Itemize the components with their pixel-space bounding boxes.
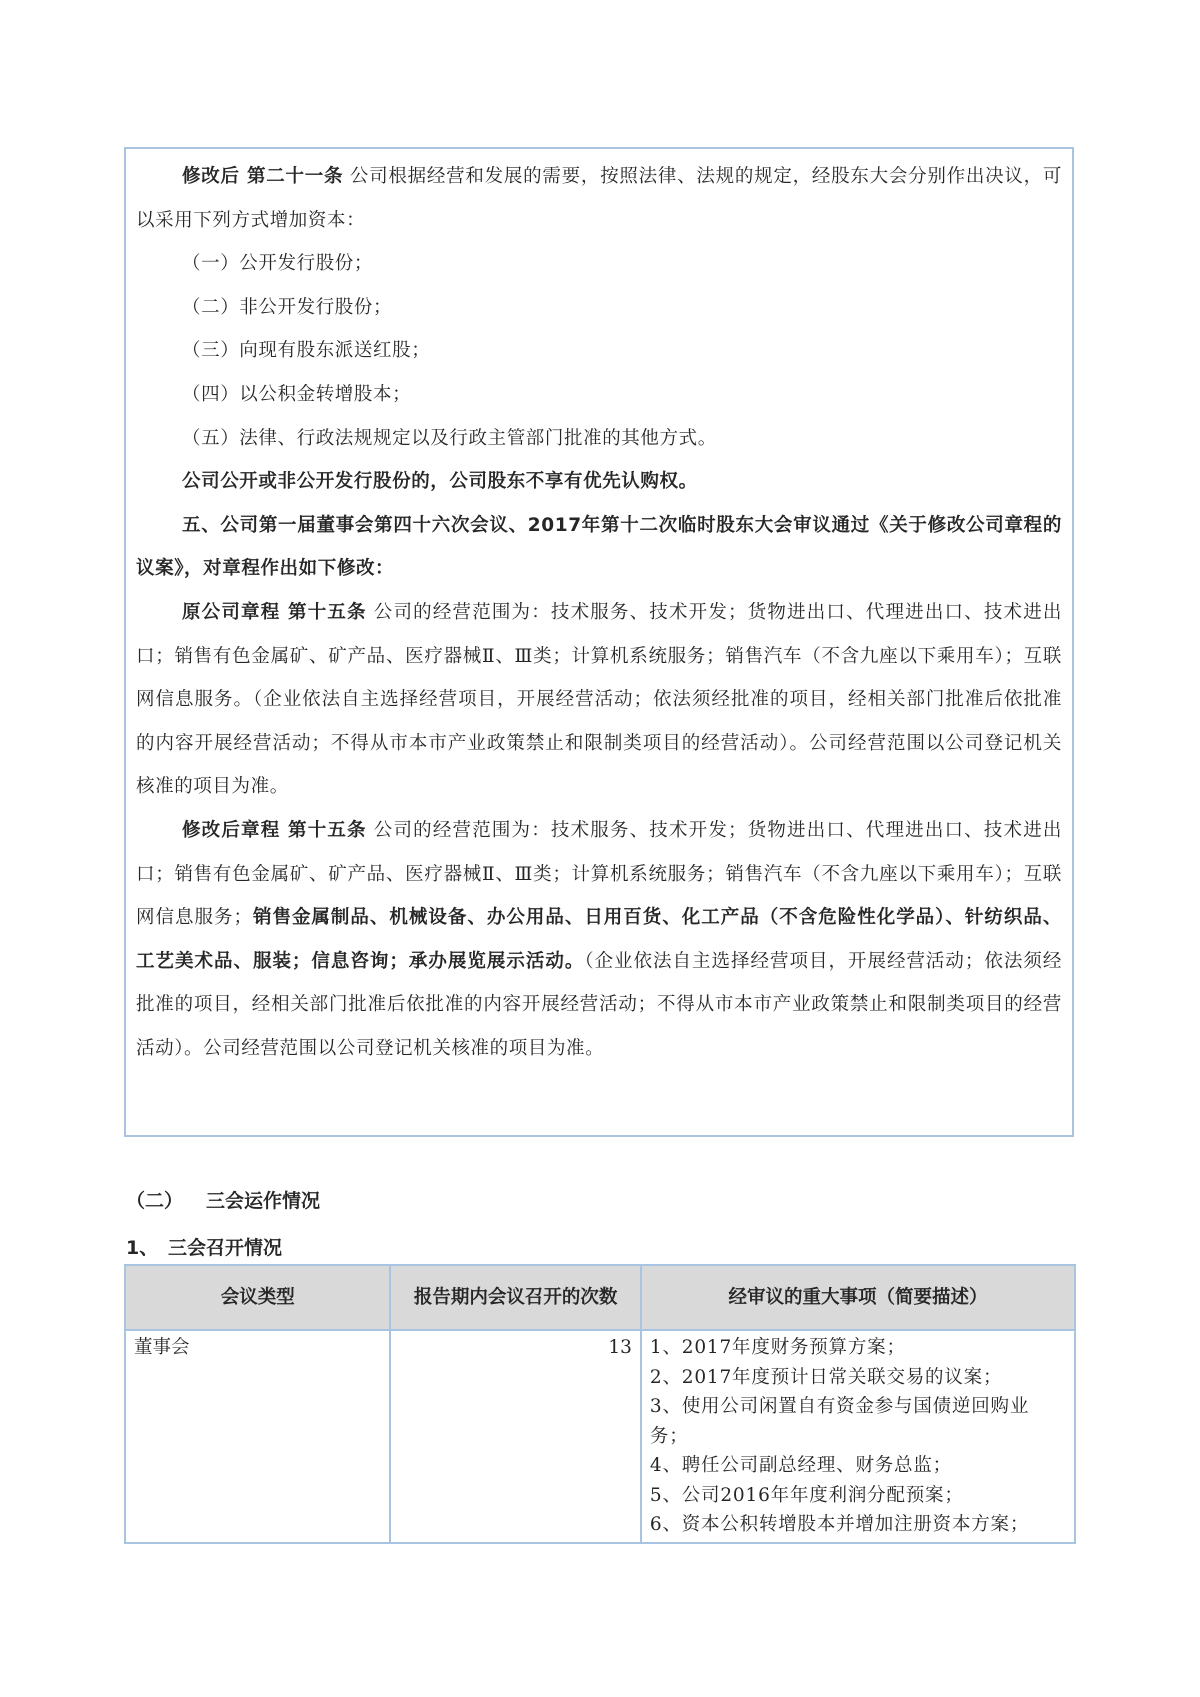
article-21-paragraph: 修改后 第二十一条 公司根据经营和发展的需要，按照法律、法规的规定，经股东大会分… (136, 155, 1062, 242)
section-title: 三会运作情况 (206, 1190, 320, 1212)
matter-item: 1、2017年度财务预算方案； (650, 1333, 1066, 1363)
matter-item: 6、资本公积转增股本并增加注册资本方案； (650, 1510, 1066, 1540)
list-item: （三）向现有股东派送红股； (136, 329, 1062, 373)
table-header-row: 会议类型 报告期内会议召开的次数 经审议的重大事项（简要描述） (125, 1265, 1075, 1330)
matter-item: 4、聘任公司副总经理、财务总监； (650, 1451, 1066, 1481)
header-meeting-type: 会议类型 (125, 1265, 390, 1330)
header-major-matters: 经审议的重大事项（简要描述） (641, 1265, 1075, 1330)
article-21-label: 修改后 第二十一条 (182, 166, 343, 187)
subsection-heading: 1、三会召开情况 (126, 1233, 282, 1260)
preemptive-rights-note: 公司公开或非公开发行股份的，公司股东不享有优先认购权。 (136, 460, 1062, 504)
subsection-title: 三会召开情况 (168, 1237, 282, 1259)
meeting-type-cell: 董事会 (125, 1330, 390, 1543)
meetings-table: 会议类型 报告期内会议召开的次数 经审议的重大事项（简要描述） 董事会 13 1… (124, 1264, 1076, 1544)
major-matters-cell: 1、2017年度财务预算方案； 2、2017年度预计日常关联交易的议案； 3、使… (641, 1330, 1075, 1543)
list-item: （二）非公开发行股份； (136, 286, 1062, 330)
list-item: （四）以公积金转增股本； (136, 373, 1062, 417)
matter-item: 3、使用公司闲置自有资金参与国债逆回购业务； (650, 1392, 1066, 1451)
matter-item: 2、2017年度预计日常关联交易的议案； (650, 1363, 1066, 1393)
original-article-15-label: 原公司章程 第十五条 (182, 602, 367, 623)
meeting-count-cell: 13 (390, 1330, 640, 1543)
original-article-15: 原公司章程 第十五条 公司的经营范围为：技术服务、技术开发；货物进出口、代理进出… (136, 591, 1062, 809)
list-item: （五）法律、行政法规规定以及行政主管部门批准的其他方式。 (136, 417, 1062, 461)
subsection-number: 1、 (126, 1233, 168, 1260)
table-row: 董事会 13 1、2017年度财务预算方案； 2、2017年度预计日常关联交易的… (125, 1330, 1075, 1543)
amended-article-15-label: 修改后章程 第十五条 (182, 820, 367, 841)
original-article-15-text: 公司的经营范围为：技术服务、技术开发；货物进出口、代理进出口、技术进出口；销售有… (136, 602, 1062, 797)
section-5-paragraph: 五、公司第一届董事会第四十六次会议、2017年第十二次临时股东大会审议通过《关于… (136, 504, 1062, 591)
header-meeting-count: 报告期内会议召开的次数 (390, 1265, 640, 1330)
section-number: （二） (126, 1186, 206, 1213)
list-item: （一）公开发行股份； (136, 242, 1062, 286)
matter-item: 5、公司2016年年度利润分配预案； (650, 1481, 1066, 1511)
amended-article-15: 修改后章程 第十五条 公司的经营范围为：技术服务、技术开发；货物进出口、代理进出… (136, 809, 1062, 1071)
amendment-box: 修改后 第二十一条 公司根据经营和发展的需要，按照法律、法规的规定，经股东大会分… (124, 147, 1074, 1137)
section-heading: （二）三会运作情况 (126, 1186, 320, 1213)
